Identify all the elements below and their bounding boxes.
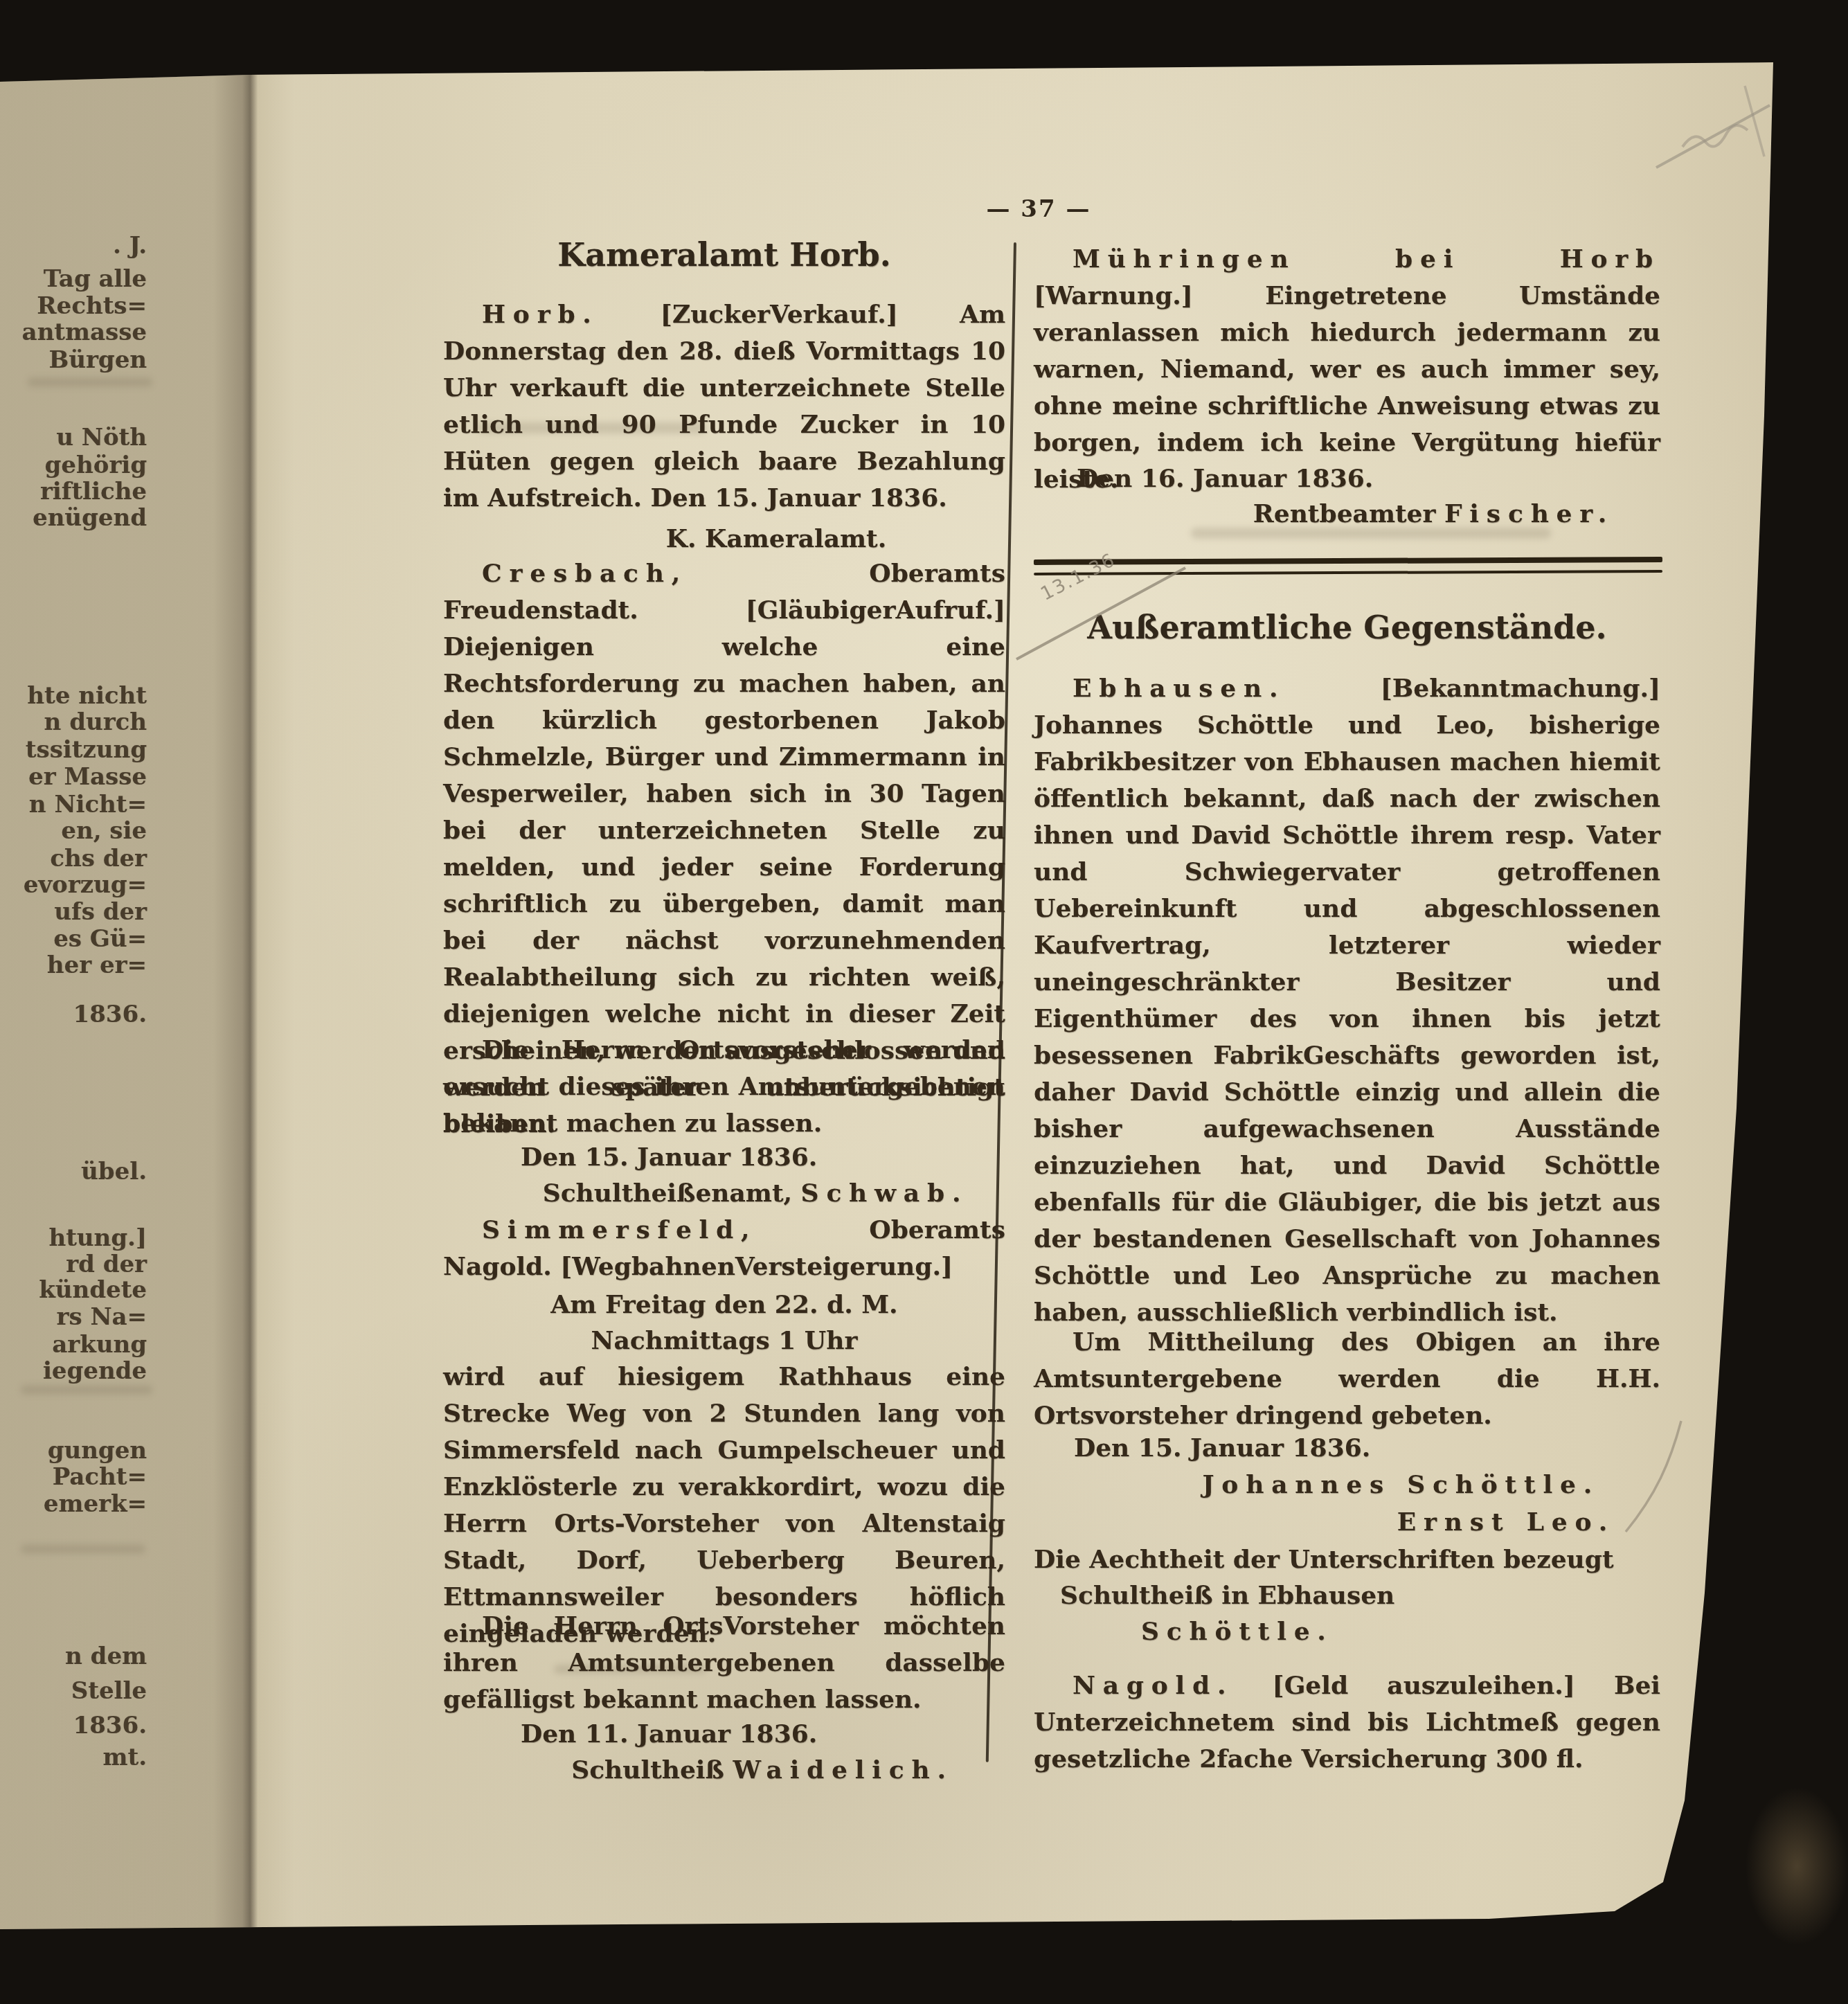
ink-blot: [1625, 1906, 1678, 1928]
backdrop-stain: [1745, 1787, 1848, 1946]
edge-vignette: [0, 0, 1848, 2004]
page-paper: — 37 — . J. Tag alle Rechts= antmasse Bü…: [0, 0, 1848, 2004]
scanned-book-page: — 37 — . J. Tag alle Rechts= antmasse Bü…: [0, 0, 1848, 2004]
